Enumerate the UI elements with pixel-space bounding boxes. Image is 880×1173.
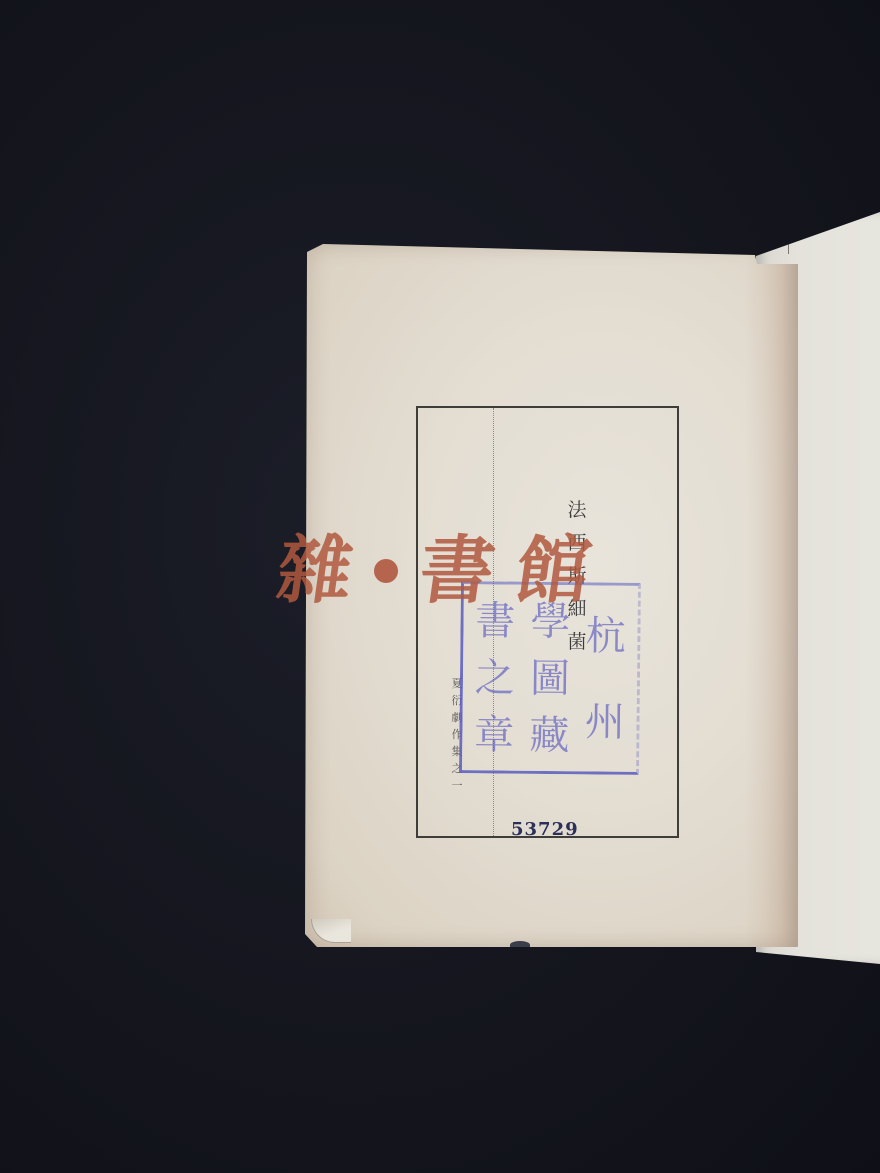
page-crease-mark (788, 242, 789, 254)
seal-column: 杭 州 (579, 593, 632, 766)
watermark-char: 雜 (273, 534, 357, 608)
photo-scene: 法 西 斯 細 菌 夏 衍 劇 作 集 之 一 53729 杭 州 (0, 0, 880, 1173)
seal-char: 章 (474, 716, 514, 756)
title-char: 法 (567, 501, 586, 520)
seal-char: 圖 (530, 659, 570, 699)
seal-column: 學 圖 藏 (523, 593, 576, 766)
seal-column: 書 之 章 (468, 592, 521, 765)
library-call-number: 53729 (511, 819, 579, 840)
watermark-logo: 雜 書 館 (273, 534, 595, 608)
series-char: 一 (452, 780, 463, 791)
watermark-char: 館 (511, 534, 595, 608)
seal-char: 之 (474, 658, 514, 698)
seal-char: 藏 (529, 716, 569, 756)
watermark-char: 書 (415, 534, 499, 608)
seal-char: 杭 (586, 616, 626, 656)
watermark-dot (374, 559, 398, 583)
page-corner-curl (311, 919, 351, 943)
spine-shadow (745, 254, 798, 947)
ink-blot (510, 941, 530, 949)
seal-char: 州 (585, 702, 625, 742)
